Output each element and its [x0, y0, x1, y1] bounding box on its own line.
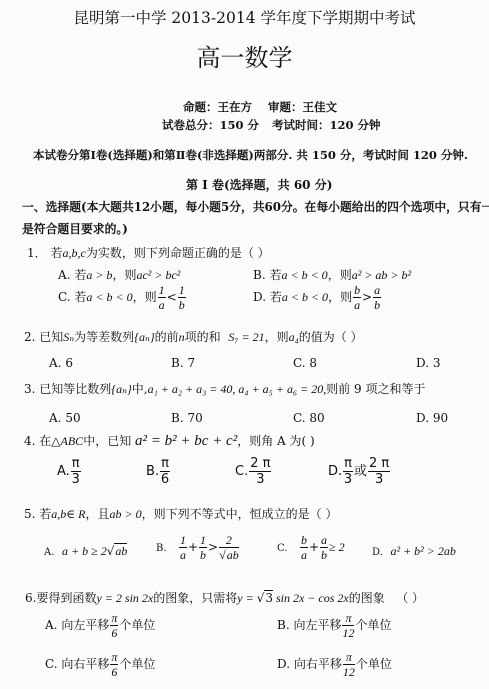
- question-4-option-d: D.π3或2 π3: [328, 457, 391, 486]
- question-6-option-c: C. 向右平移π6个单位: [45, 651, 155, 678]
- question-1-option-c: C. 若a < b < 0，则1a<1b: [58, 284, 187, 311]
- section-instructions-line2: 是符合题目要求的。): [22, 220, 128, 237]
- question-3-stem: 3. 已知等比数列{aₙ}中,a₁ + a₂ + a₃ = 40, a₄ + a…: [24, 380, 425, 397]
- question-5-option-b: B. 1a+1b>2√ab: [156, 534, 240, 561]
- question-number: 2.: [24, 330, 35, 344]
- question-5-stem: 5. 若a,b∈ R，且ab > 0，则下列不等式中，恒成立的是（ ）: [24, 505, 337, 522]
- question-1-stem: 1． 若a,b,c为实数，则下列命题正确的是（ ）: [27, 244, 270, 261]
- question-number: 1．: [27, 246, 47, 260]
- question-4-option-c: C.2 π3: [235, 457, 272, 486]
- exam-intro: 本试卷分第Ⅰ卷(选择题)和第Ⅱ卷(非选择题)两部分. 共 150 分，考试时间 …: [33, 147, 468, 163]
- question-3-option-c: C. 80: [293, 411, 325, 425]
- question-2-option-d: D. 3: [416, 356, 440, 370]
- exam-time: 考试时间：120 分钟: [272, 117, 381, 133]
- question-2-option-c: C. 8: [293, 356, 317, 370]
- question-3-option-d: D. 90: [416, 411, 448, 425]
- question-number: 5.: [24, 507, 35, 521]
- question-5-option-d: D. a² + b² > 2ab: [372, 544, 456, 559]
- subject-title: 高一数学: [0, 38, 489, 73]
- question-number: 3.: [24, 382, 35, 396]
- question-4-stem: 4. 在△ABC中，已知 a² = b² + bc + c²，则角 A 为( ): [24, 432, 315, 450]
- question-1-option-b: B. 若a < b < 0，则a² > ab > b²: [253, 266, 411, 283]
- question-3-option-a: A. 50: [49, 411, 81, 425]
- question-5-option-c: C. ba+ab≥ 2: [277, 534, 345, 561]
- author-label: 命题：王在方: [183, 99, 252, 115]
- question-2-stem: 2. 已知Sₙ为等差数列{aₙ}的前n项的和 S₇ = 21，则a₄的值为（ ）: [24, 328, 363, 345]
- part1-heading: 第 Ⅰ 卷(选择题，共 60 分): [186, 176, 332, 193]
- question-1-option-d: D. 若a < b < 0，则ba>ab: [253, 284, 382, 311]
- question-4-option-b: B.π6: [146, 457, 171, 486]
- question-5-option-a: A. a + b ≥ 2√ab: [44, 544, 127, 559]
- question-number: 6.: [25, 591, 36, 605]
- question-4-option-a: A.π3: [57, 457, 82, 486]
- school-exam-line: 昆明第一中学 2013-2014 学年度下学期期中考试: [0, 6, 489, 28]
- section-instructions-line1: 一、选择题(本大题共12小题，每小题5分，共60分。在每小题给出的四个选项中，只…: [22, 198, 489, 215]
- total-score: 试卷总分：150 分: [162, 117, 259, 133]
- question-2-option-b: B. 7: [171, 356, 195, 370]
- question-6-option-a: A. 向左平移π6个单位: [45, 612, 155, 639]
- question-number: 4.: [24, 434, 35, 448]
- question-1-option-a: A. 若a > b，则ac² > bc²: [58, 266, 180, 283]
- question-6-option-d: D. 向右平移π12个单位: [277, 651, 392, 678]
- question-6-stem: 6.要得到函数y = 2 sin 2x的图象，只需将y = √3 sin 2x …: [25, 589, 424, 606]
- question-6-option-b: B. 向左平移π12个单位: [277, 612, 392, 639]
- question-2-option-a: A. 6: [49, 356, 73, 370]
- reviewer-label: 审题：王佳文: [268, 99, 337, 115]
- question-3-option-b: B. 70: [171, 411, 203, 425]
